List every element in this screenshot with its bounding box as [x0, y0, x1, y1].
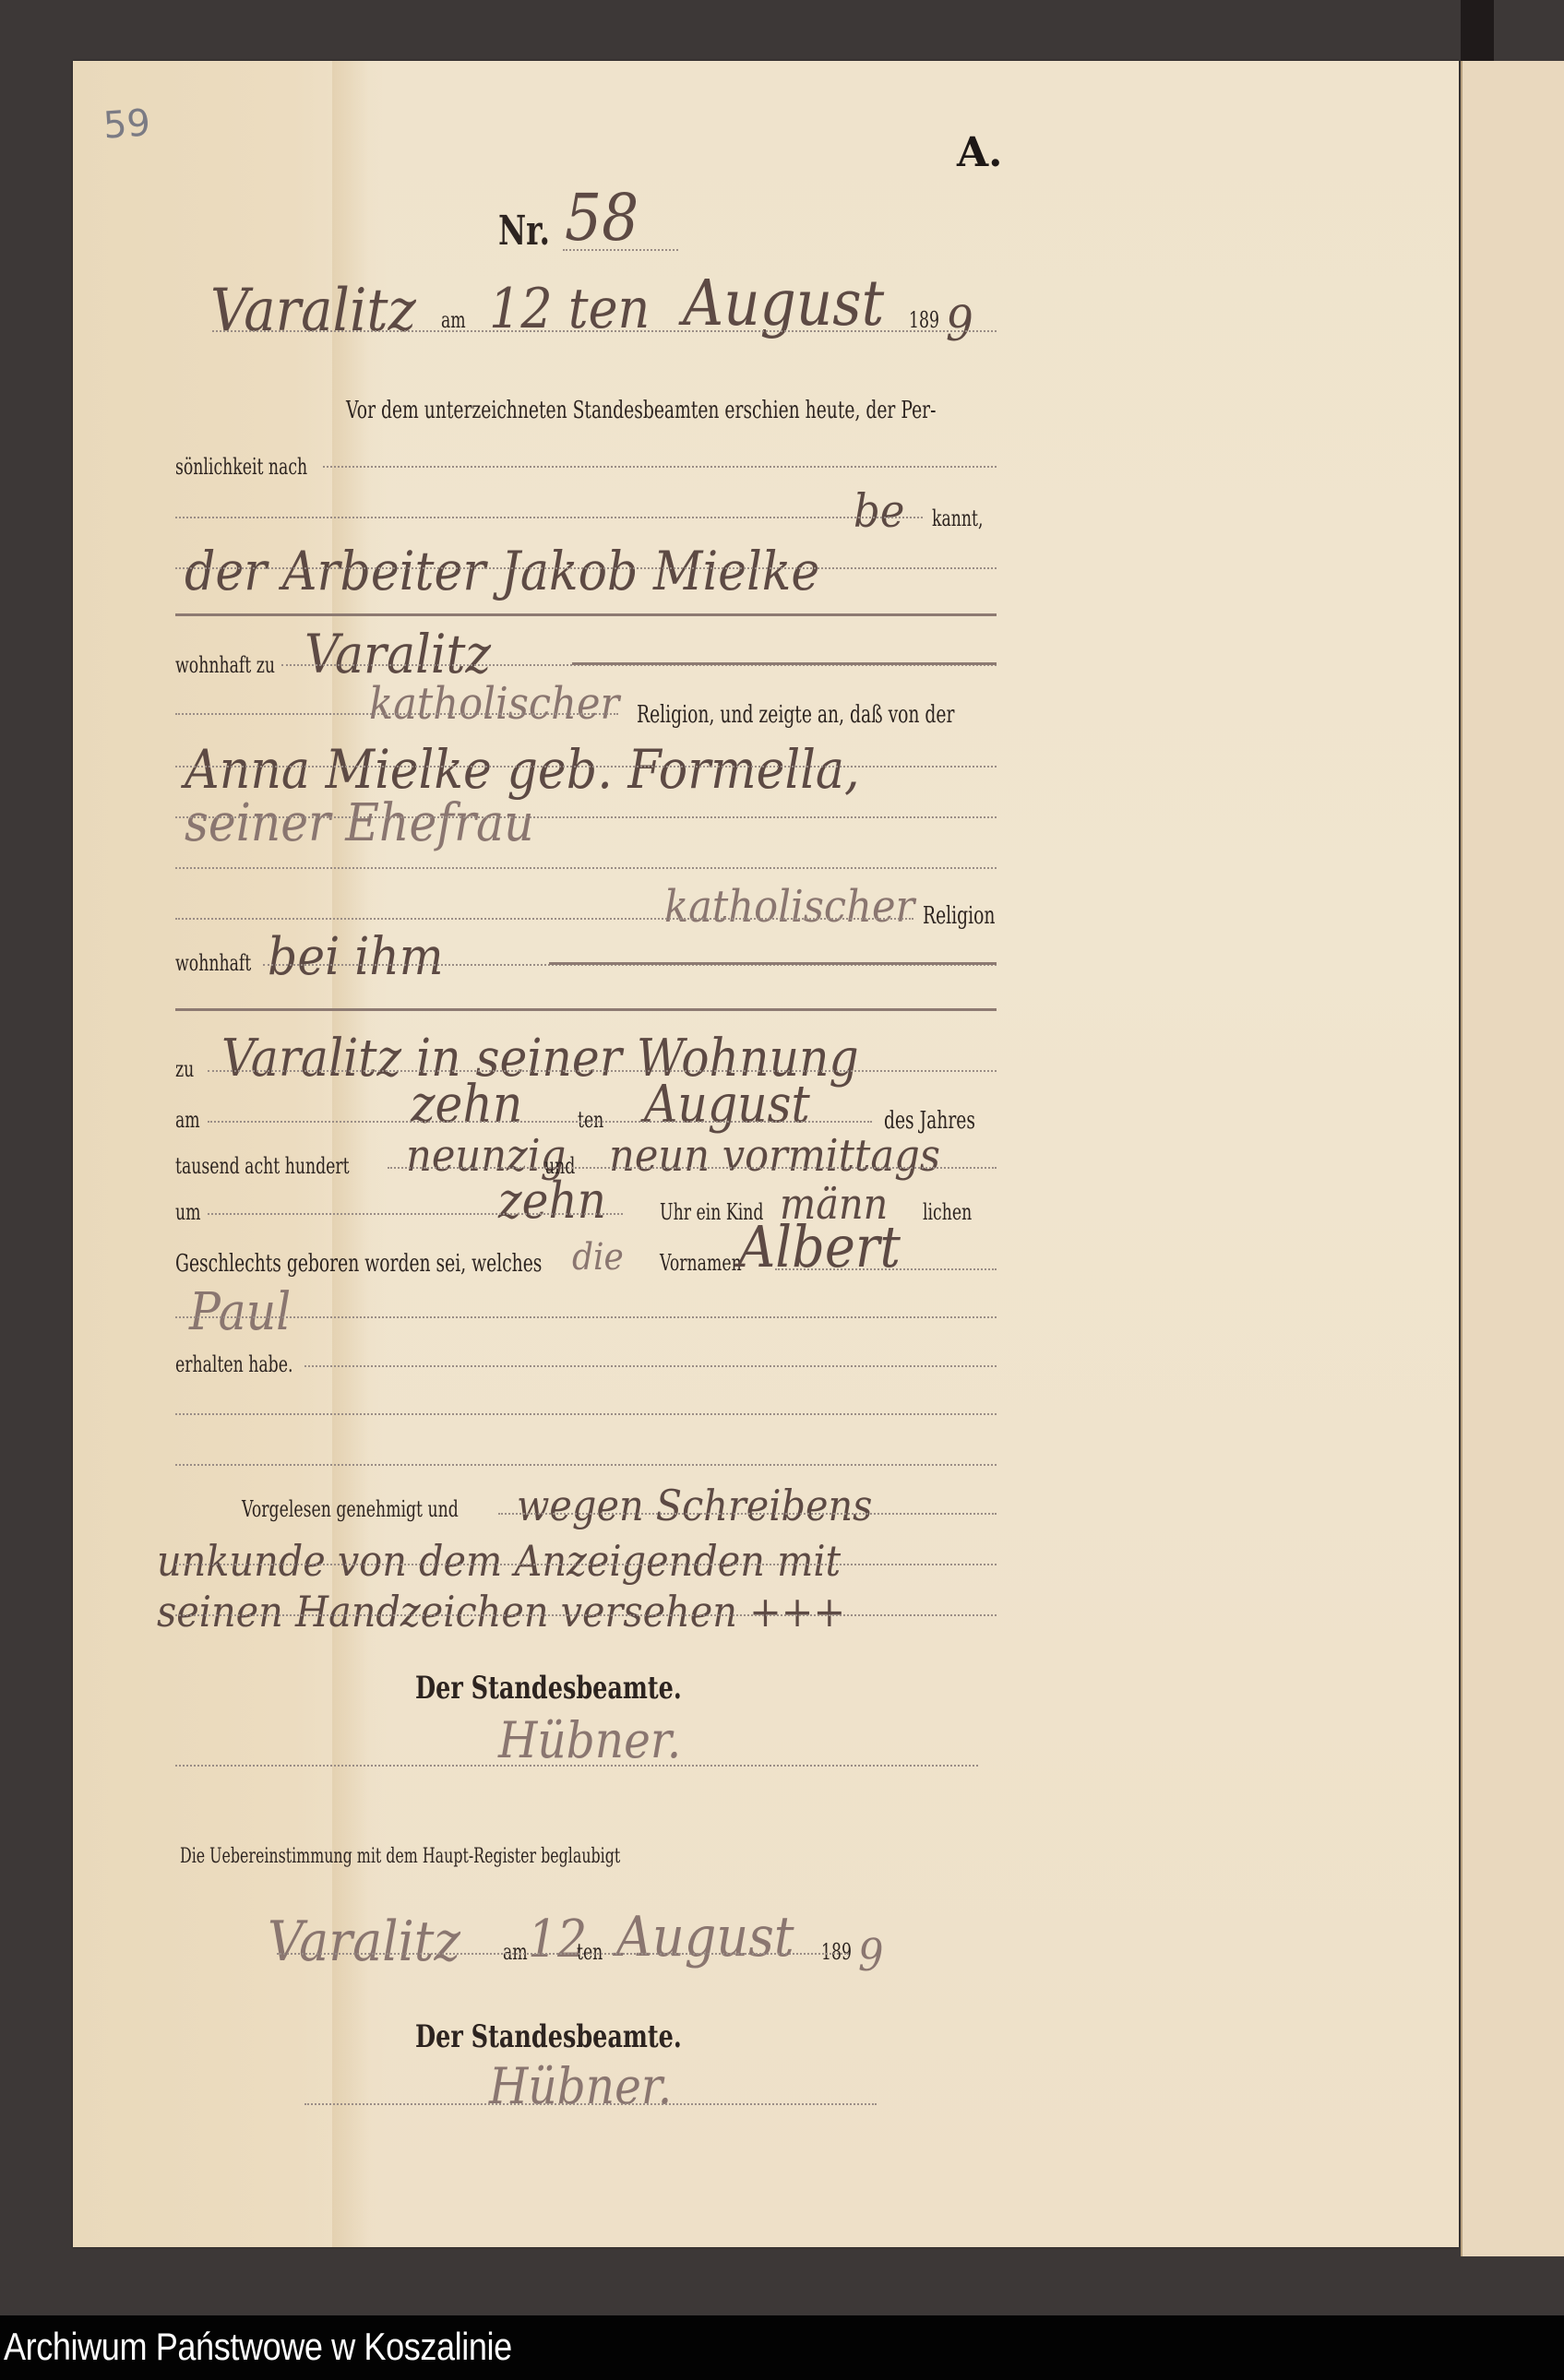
record-number-label: Nr. [498, 208, 550, 255]
sex-print: lichen [923, 1199, 972, 1225]
form-letter: A. [957, 129, 1002, 176]
religion2-print: Religion [923, 902, 995, 930]
archive-name: Archiwum Państwowe w Koszalinie [4, 2325, 512, 2369]
mother-line2: seiner Ehefrau [185, 793, 534, 853]
date-year-hand: 9 [946, 297, 973, 352]
adjacent-page [1461, 61, 1564, 2256]
bekannt-print: kannt, [932, 506, 983, 531]
registrar-signature: Hübner. [498, 1711, 681, 1769]
geschlechts-label: Geschlechts geboren worden sei, welches [175, 1250, 542, 1278]
cert-year-printed: 189 [821, 1939, 852, 1965]
wohnhaft-zu-label: wohnhaft zu [175, 652, 275, 678]
dotted-line [175, 567, 997, 569]
dotted-line [208, 1070, 997, 1072]
wohnhaft-value: bei ihm [268, 927, 444, 987]
registrar-title: Der Standesbeamte. [415, 1670, 682, 1707]
remark-line-3: seinen Handzeichen versehen +++ [157, 1587, 845, 1636]
date-am: am [441, 307, 466, 333]
dotted-line [277, 1953, 849, 1955]
declarant-name: der Arbeiter Jakob Mielke [185, 540, 819, 602]
am-label: am [175, 1107, 200, 1133]
intro-line: Vor dem unterzeichneten Standesbeamten e… [346, 397, 936, 424]
dotted-line [775, 1268, 997, 1270]
strike-line [175, 1008, 997, 1011]
year-units: neun vormittags [609, 1130, 940, 1182]
cert-am: am [503, 1939, 528, 1965]
book-spine [1461, 0, 1494, 61]
dotted-line [212, 330, 997, 332]
archive-footer-bar: Archiwum Państwowe w Koszalinie [0, 2315, 1564, 2380]
um-value: zehn [498, 1172, 606, 1230]
dotted-line [175, 1413, 997, 1415]
dotted-line [563, 249, 678, 251]
dotted-line [388, 1167, 997, 1169]
cert-year-hand: 9 [858, 1930, 883, 1981]
pencil-page-number: 59 [101, 101, 151, 147]
dotted-line [323, 466, 997, 468]
religion2-hand: katholischer [664, 881, 914, 933]
dotted-line [498, 1513, 997, 1515]
bekannt-hand: be [854, 484, 904, 538]
strike-line [175, 613, 997, 616]
first-name-2: Paul [189, 1282, 291, 1342]
mother-line1: Anna Mielke geb. Formella, [185, 738, 860, 801]
erhalten-label: erhalten habe. [175, 1351, 293, 1377]
dotted-line [175, 1316, 997, 1318]
am-day: zehn [411, 1075, 522, 1135]
dotted-line [175, 1564, 997, 1565]
dotted-line [175, 517, 923, 518]
cert-place: Varalitz [268, 1910, 460, 1974]
dotted-line [175, 713, 618, 715]
registrar-signature-2: Hübner. [489, 2057, 672, 2115]
religion1-hand: katholischer [369, 678, 619, 730]
dotted-line [208, 1213, 623, 1215]
strike-line [549, 962, 997, 965]
zu-label: zu [175, 1056, 194, 1082]
registrar-title-2: Der Standesbeamte. [415, 2018, 682, 2055]
cert-ten: ten [577, 1939, 603, 1965]
first-name-1: Albert [738, 1213, 901, 1280]
remark-line-2: unkunde von dem Anzeigenden mit [157, 1536, 841, 1586]
cert-month: August [616, 1905, 794, 1969]
dotted-line [304, 1365, 997, 1367]
date-year-printed: 189 [909, 307, 939, 333]
dotted-line [175, 1464, 997, 1466]
remark-line-1: wegen Schreibens [517, 1481, 872, 1530]
am-month: August [644, 1075, 810, 1135]
die-hand: die [572, 1236, 624, 1279]
religion1-print: Religion, und zeigte an, daß von der [637, 701, 954, 729]
dotted-line [208, 1121, 872, 1123]
wohnhaft-label: wohnhaft [175, 950, 251, 976]
strike-line [572, 662, 997, 665]
dotted-line [304, 2103, 877, 2105]
wohnhaft-zu-value: Varalitz [304, 623, 491, 685]
vorgelesen-label: Vorgelesen genehmigt und [242, 1496, 459, 1522]
tausend-label: tausend acht hundert [175, 1153, 350, 1179]
dotted-line [175, 867, 997, 869]
dotted-line [175, 766, 997, 768]
dotted-line [175, 918, 913, 920]
record-number: 58 [565, 180, 639, 256]
place-hand: Varalitz [210, 277, 416, 345]
um-label: um [175, 1199, 201, 1225]
dotted-line [175, 1614, 997, 1616]
vornamen-label: Vornamen [660, 1250, 742, 1276]
certification-line: Die Uebereinstimmung mit dem Haupt-Regis… [180, 1845, 620, 1868]
personlichkeit-label: sönlichkeit nach [175, 454, 307, 480]
am-ten: ten [578, 1107, 603, 1133]
dotted-line [175, 1765, 978, 1767]
dotted-line [175, 816, 997, 818]
